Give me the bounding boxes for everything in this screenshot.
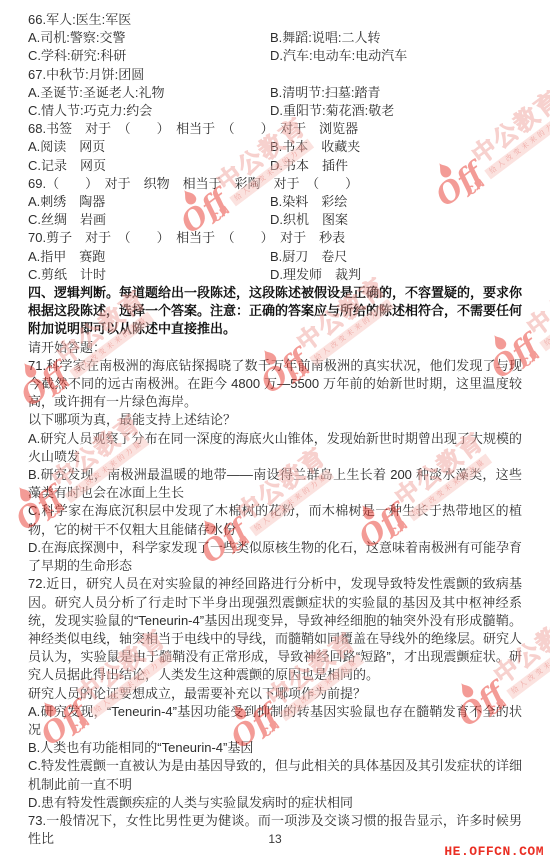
option-d: D.患有特发性震颤疾症的人类与实验鼠发病时的症状相同 — [28, 794, 522, 812]
question-stem: 72.近日，研究人员在对实验鼠的神经回路进行分析中，发现导致特发性震颤的致病基因… — [28, 575, 522, 684]
logic-question-72: 72.近日，研究人员在对实验鼠的神经回路进行分析中，发现导致特发性震颤的致病基因… — [28, 575, 522, 812]
option-d: D.理发师 裁判 — [270, 266, 522, 284]
analogy-question-66: 66.军人:医生:军医 A.司机:警察:交警 B.舞蹈:说唱:二人转 C.学科:… — [28, 11, 522, 66]
logic-question-71: 71.科学家在南极洲的海底钻探揭晓了数千万年前南极洲的真实状况，他们发现了与现今… — [28, 357, 522, 575]
option-a: A.研究人员观察了分布在同一深度的海底火山锥体，发现始新世时期曾出现了大规模的火… — [28, 430, 522, 466]
option-a: A.阅读 网页 — [28, 138, 270, 156]
option-a: A.研究发现，“Teneurin-4”基因功能受到抑制的转基因实验鼠也存在髓鞘发… — [28, 703, 522, 739]
page-content: 66.军人:医生:军医 A.司机:警察:交警 B.舞蹈:说唱:二人转 C.学科:… — [28, 11, 522, 848]
analogy-question-69: 69.（ ） 对于 织物 相当于 彩陶 对于 （ ） A.刺绣 陶器 B.染料 … — [28, 175, 522, 230]
option-a: A.指甲 赛跑 — [28, 248, 270, 266]
offcn-brand-name: 中公教育 — [523, 258, 550, 341]
question-stem: 68.书签 对于 （ ） 相当于 （ ） 对于 浏览器 — [28, 120, 522, 138]
option-b: B.研究发现，南极洲最温暖的地带——南设得兰群岛上生长着 200 种淡水藻类，这… — [28, 466, 522, 502]
question-stem: 69.（ ） 对于 织物 相当于 彩陶 对于 （ ） — [28, 175, 522, 193]
option-c: C.学科:研究:科研 — [28, 47, 270, 65]
option-c: C.特发性震颤一直被认为是由基因导致的，但与此相关的具体基因及其引发症状的详细机… — [28, 757, 522, 793]
option-d: D.重阳节:菊花酒:敬老 — [270, 102, 522, 120]
footer-site-url: HE.OFFCN.COM — [444, 844, 544, 859]
option-b: B.染料 彩绘 — [270, 193, 522, 211]
option-a: A.圣诞节:圣诞老人:礼物 — [28, 84, 270, 102]
section-header: 四、逻辑判断。每道题给出一段陈述，这段陈述被假设是正确的，不容置疑的，要求你根据… — [28, 284, 522, 339]
option-b: B.清明节:扫墓:踏青 — [270, 84, 522, 102]
offcn-cn-text: CN — [519, 347, 543, 370]
exam-page: Off CN 中公教育 给人改变未来的力量 Off CN 中公教育 给人改变未来… — [0, 0, 550, 862]
option-c: C.科学家在海底沉积层中发现了木棉树的花粉，而木棉树是一种生长于热带地区的植物，… — [28, 502, 522, 538]
option-c: C.丝绸 岩画 — [28, 211, 270, 229]
offcn-tagline: 给人改变未来的力量 — [539, 284, 550, 352]
analogy-question-67: 67.中秋节:月饼:团圆 A.圣诞节:圣诞老人:礼物 B.清明节:扫墓:踏青 C… — [28, 66, 522, 121]
option-d: D.汽车:电动车:电动汽车 — [270, 47, 522, 65]
question-stem: 70.剪子 对于 （ ） 相当于 （ ） 对于 秒表 — [28, 229, 522, 247]
option-b: B.书本 收藏夹 — [270, 138, 522, 156]
question-stem: 67.中秋节:月饼:团圆 — [28, 66, 522, 84]
question-prompt: 研究人员的论证要想成立，最需要补充以下哪项作为前提？ — [28, 685, 522, 703]
option-a: A.刺绣 陶器 — [28, 193, 270, 211]
option-d: D.在海底探测中，科学家发现了一些类似原核生物的化石，这意味着南极洲有可能孕育了… — [28, 539, 522, 575]
option-c: C.剪纸 计时 — [28, 266, 270, 284]
begin-prompt: 请开始答题： — [28, 339, 522, 357]
analogy-question-68: 68.书签 对于 （ ） 相当于 （ ） 对于 浏览器 A.阅读 网页 B.书本… — [28, 120, 522, 175]
option-b: B.厨刀 卷尺 — [270, 248, 522, 266]
option-b: B.舞蹈:说唱:二人转 — [270, 29, 522, 47]
option-b: B.人类也有功能相同的“Teneurin-4”基因 — [28, 739, 522, 757]
option-a: A.司机:警察:交警 — [28, 29, 270, 47]
analogy-question-70: 70.剪子 对于 （ ） 相当于 （ ） 对于 秒表 A.指甲 赛跑 B.厨刀 … — [28, 229, 522, 284]
question-stem: 66.军人:医生:军医 — [28, 11, 522, 29]
option-c: C.情人节:巧克力:约会 — [28, 102, 270, 120]
question-stem: 71.科学家在南极洲的海底钻探揭晓了数千万年前南极洲的真实状况，他们发现了与现今… — [28, 357, 522, 412]
question-prompt: 以下哪项为真，最能支持上述结论？ — [28, 411, 522, 429]
option-d: D.书本 插件 — [270, 157, 522, 175]
option-d: D.织机 图案 — [270, 211, 522, 229]
option-c: C.记录 网页 — [28, 157, 270, 175]
